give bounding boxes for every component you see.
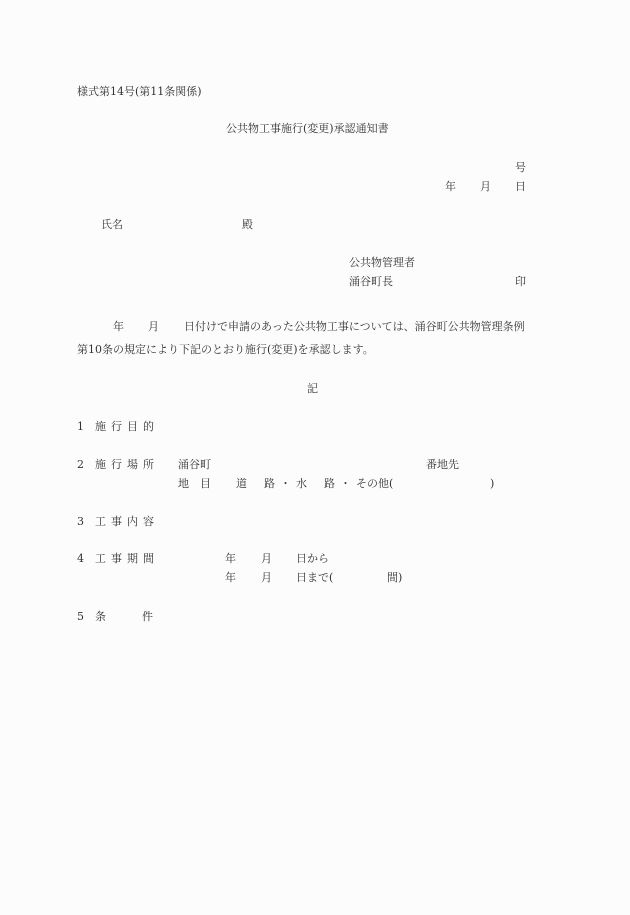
item-2-number: 2 <box>77 458 84 472</box>
item-2-address-suffix: 番地先 <box>426 458 459 472</box>
period-to-month: 月 <box>261 571 272 585</box>
addressee-name-label: 氏名 <box>101 218 123 232</box>
item-2-town: 涌谷町 <box>178 458 211 472</box>
addressee-honorific: 殿 <box>242 218 253 232</box>
item-2-label: 施行場所 <box>95 458 159 472</box>
document-title: 公共物工事施行(変更)承認通知書 <box>226 122 389 136</box>
item-1-number: 1 <box>77 420 84 434</box>
date-day-label: 日 <box>515 180 526 194</box>
land-option-other: その他( <box>356 477 393 491</box>
item-5-label-a: 条 <box>95 610 106 624</box>
land-option-other-close: ) <box>490 477 494 491</box>
body-month-label: 月 <box>148 320 159 334</box>
item-5-label-b: 件 <box>142 610 153 624</box>
document-number-label: 号 <box>515 161 526 175</box>
item-2-land-category-label: 地 目 <box>178 477 211 491</box>
period-from-day: 日から <box>296 552 329 566</box>
period-from-year: 年 <box>225 552 236 566</box>
body-line-2: 第10条の規定により下記のとおり施行(変更)を承認します。 <box>77 343 374 357</box>
body-line-1: 日付けで申請のあった公共物工事については、涌谷町公共物管理条例 <box>184 320 525 334</box>
date-month-label: 月 <box>480 180 491 194</box>
document-page: 様式第14号(第11条関係) 公共物工事施行(変更)承認通知書 号 年 月 日 … <box>0 0 630 915</box>
period-to-year: 年 <box>225 571 236 585</box>
period-from-month: 月 <box>261 552 272 566</box>
land-option-road: 道 路 <box>236 477 278 491</box>
seal-mark: 印 <box>515 275 526 289</box>
date-year-label: 年 <box>445 180 456 194</box>
period-to-day: 日まで( <box>296 571 333 585</box>
issuer-title: 涌谷町長 <box>349 275 393 289</box>
form-number: 様式第14号(第11条関係) <box>77 85 202 99</box>
item-4-label: 工事期間 <box>95 552 159 566</box>
item-5-number: 5 <box>77 610 84 624</box>
land-option-waterway: 水 路 <box>296 477 338 491</box>
land-separator-2: ・ <box>340 477 351 491</box>
item-4-number: 4 <box>77 552 84 566</box>
issuer-role: 公共物管理者 <box>349 256 415 270</box>
item-1-label: 施行目的 <box>95 420 159 434</box>
item-3-label: 工事内容 <box>95 515 159 529</box>
body-year-label: 年 <box>113 320 124 334</box>
period-duration-suffix: 間) <box>387 571 402 585</box>
ki-heading: 記 <box>307 382 318 396</box>
land-separator-1: ・ <box>280 477 291 491</box>
item-3-number: 3 <box>77 515 84 529</box>
